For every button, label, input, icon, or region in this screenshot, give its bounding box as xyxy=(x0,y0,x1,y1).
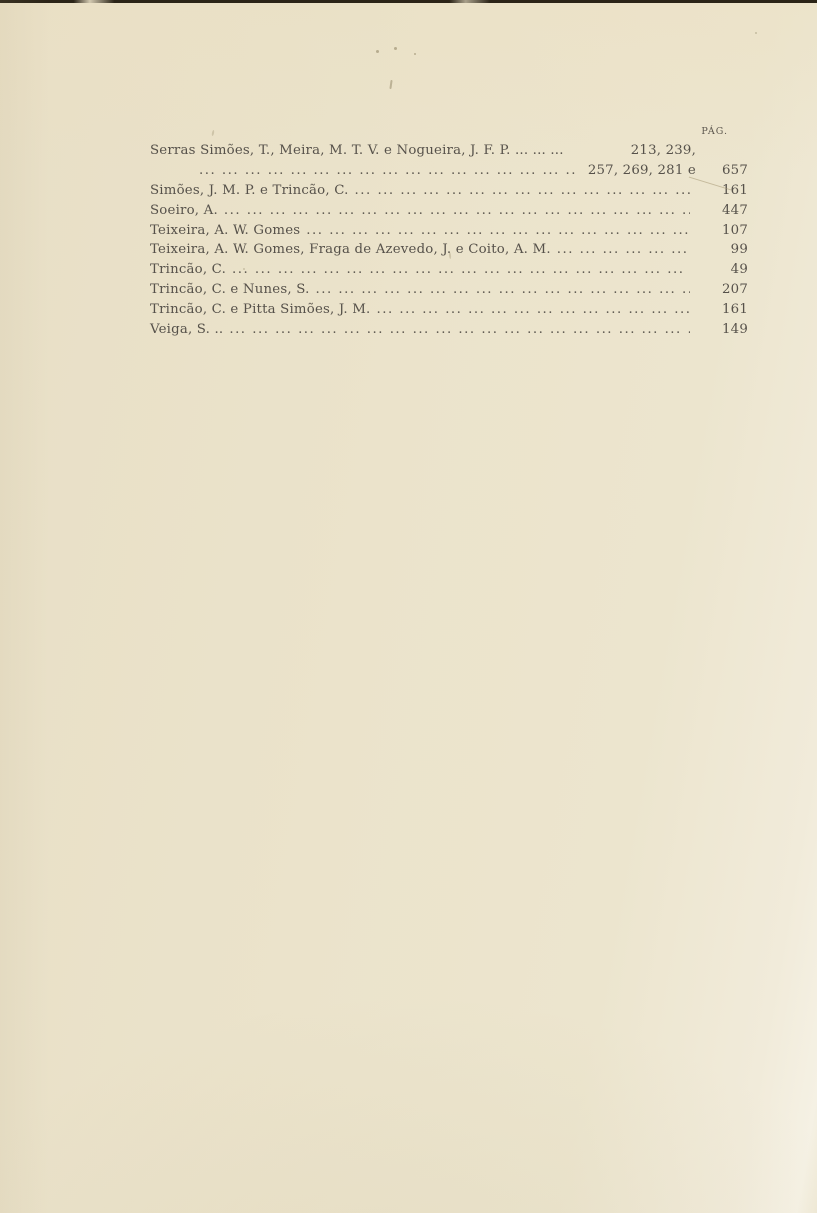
index-row: Veiga, S. .. ... ... ... ... ... ... ...… xyxy=(150,322,748,342)
paper-speck xyxy=(394,47,397,50)
page-number: 49 xyxy=(696,262,748,277)
scan-top-edge-shadow xyxy=(0,0,817,3)
dot-leader: ... ... ... ... ... ... ... ... ... ... … xyxy=(316,282,691,297)
entry-name: Teixeira, A. W. Gomes xyxy=(150,223,300,238)
entry-name: Serras Simões, T., Meira, M. T. V. e Nog… xyxy=(150,143,564,158)
index-list: PÁG. Serras Simões, T., Meira, M. T. V. … xyxy=(150,126,748,342)
paper-speck xyxy=(414,53,416,55)
page-number: 447 xyxy=(696,203,748,218)
scanned-book-page: { "doc": { "header_label": "PÁG.", "lead… xyxy=(0,0,817,1213)
page-refs-inline: 257, 269, 281 e xyxy=(588,163,696,178)
entry-name: Trincão, C. xyxy=(150,262,226,277)
page-number: 161 xyxy=(696,302,748,317)
page-number: 149 xyxy=(696,322,748,337)
index-row: Serras Simões, T., Meira, M. T. V. e Nog… xyxy=(150,143,748,163)
page-number: 207 xyxy=(696,282,748,297)
page-column-header: PÁG. xyxy=(150,126,748,137)
dot-leader: ... ... ... ... ... ... ... ... ... ... … xyxy=(229,322,690,337)
index-row: Trincão, C. e Pitta Simões, J. M. ... ..… xyxy=(150,302,748,322)
entry-name: Trincão, C. e Nunes, S. xyxy=(150,282,310,297)
page-number: 99 xyxy=(696,242,748,257)
entry-name: Simões, J. M. P. e Trincão, C. xyxy=(150,183,349,198)
paper-speck xyxy=(376,50,379,53)
index-row: Teixeira, A. W. Gomes ... ... ... ... ..… xyxy=(150,223,748,243)
page-number: 107 xyxy=(696,223,748,238)
dot-leader: ... ... ... ... ... ... ... ... ... ... … xyxy=(557,242,690,257)
paper-speck xyxy=(389,80,392,89)
index-row-continuation: ... ... ... ... ... ... ... ... ... ... … xyxy=(150,163,748,183)
page-number: 161 xyxy=(696,183,748,198)
index-row: Soeiro, A. ... ... ... ... ... ... ... .… xyxy=(150,203,748,223)
index-row: Trincão, C. e Nunes, S. ... ... ... ... … xyxy=(150,282,748,302)
dot-leader: ... ... ... ... ... ... ... ... ... ... … xyxy=(376,302,690,317)
paper-speck xyxy=(755,32,757,34)
index-row: Simões, J. M. P. e Trincão, C. ... ... .… xyxy=(150,183,748,203)
dot-leader: ... ... ... ... ... ... ... ... ... ... … xyxy=(355,183,690,198)
page-refs-inline: 213, 239, xyxy=(631,143,696,158)
dot-leader: ... ... ... ... ... ... ... ... ... ... … xyxy=(199,163,576,178)
dot-leader: ... ... ... ... ... ... ... ... ... ... … xyxy=(306,223,690,238)
paper-speck xyxy=(243,268,245,270)
dot-leader: ... ... ... ... ... ... ... ... ... ... … xyxy=(232,262,690,277)
entry-name: Teixeira, A. W. Gomes, Fraga de Azevedo,… xyxy=(150,242,551,257)
entry-name: Veiga, S. .. xyxy=(150,322,223,337)
entry-name: Trincão, C. e Pitta Simões, J. M. xyxy=(150,302,370,317)
index-row: Trincão, C. ... ... ... ... ... ... ... … xyxy=(150,262,748,282)
page-number: 657 xyxy=(696,163,748,178)
dot-leader: ... ... ... ... ... ... ... ... ... ... … xyxy=(224,203,690,218)
entry-name: Soeiro, A. xyxy=(150,203,218,218)
